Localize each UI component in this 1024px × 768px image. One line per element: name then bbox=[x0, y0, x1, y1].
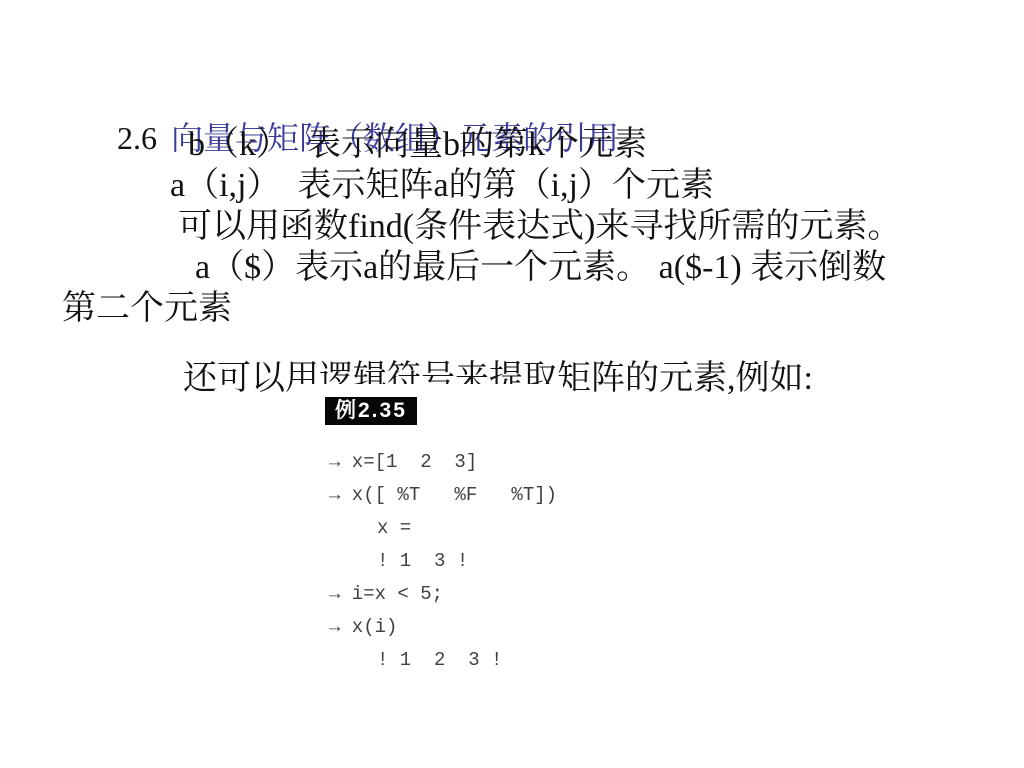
body-line-dollar: a（$）表示a的最后一个元素。 a($-1) 表示倒数 bbox=[195, 249, 886, 286]
section-number: 2.6 bbox=[117, 120, 157, 156]
code-line: ! 1 3 ! bbox=[293, 545, 563, 578]
code-line: x = bbox=[293, 512, 563, 545]
code-line: → i=x < 5; bbox=[293, 578, 563, 611]
body-line-b-k: b（k） 表示向量b的第k个元素 bbox=[188, 126, 647, 163]
code-line: → x(i) bbox=[293, 611, 563, 644]
presentation-slide: 2.6向量与矩阵（数组）元素的引用 b（k） 表示向量b的第k个元素 a（i,j… bbox=[0, 0, 1024, 768]
body-line-find: 可以用函数find(条件表达式)来寻找所需的元素。 bbox=[178, 208, 901, 245]
example-badge: 例2.35 bbox=[325, 397, 417, 425]
code-line: → x=[1 2 3] bbox=[293, 446, 563, 479]
code-line: ! 1 2 3 ! bbox=[293, 644, 563, 677]
code-line: → x([ %T %F %T]) bbox=[293, 479, 563, 512]
body-line-wrap: 第二个元素 bbox=[62, 290, 232, 327]
console-code: → x=[1 2 3] → x([ %T %F %T]) x = ! 1 3 !… bbox=[293, 446, 563, 677]
body-line-a-ij: a（i,j） 表示矩阵a的第（i,j）个元素 bbox=[170, 167, 714, 204]
example-console-screenshot: 例2.35 → x=[1 2 3] → x([ %T %F %T]) x = !… bbox=[293, 384, 563, 696]
